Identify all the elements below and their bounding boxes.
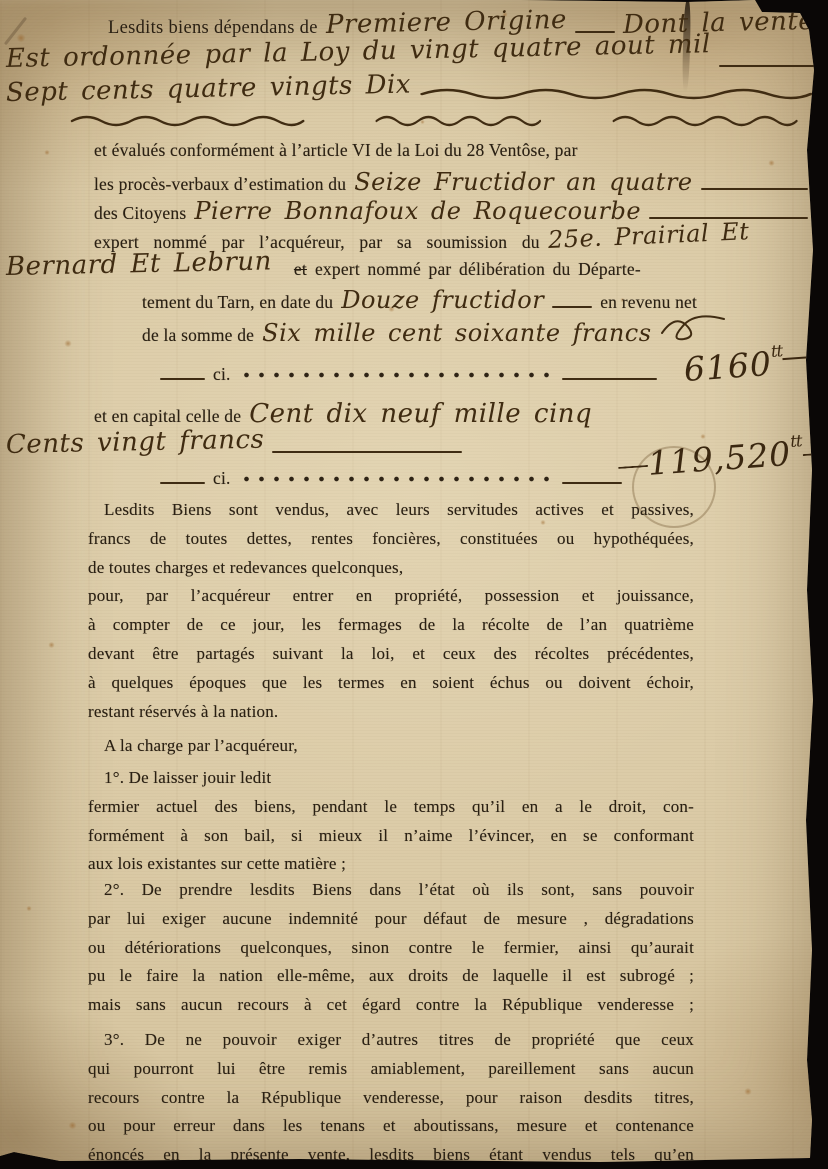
handwritten-sum: Six mille cent soixante francs	[262, 319, 651, 347]
printed-line: ou pour erreur dans les tenans et abouti…	[88, 1112, 694, 1141]
printed-line: par lui exiger aucune indemnité pour déf…	[88, 905, 694, 934]
valuation-line-7: de la somme de Six mille cent soixante f…	[142, 315, 730, 347]
conditions-paragraph: Lesdits Biens sont vendus, avec leurs se…	[88, 496, 694, 726]
paper: Lesdits biens dépendans de Premiere Orig…	[0, 0, 828, 1169]
pen-stroke	[160, 378, 205, 380]
valuation-line-1: et évalués conformément à l’article VI d…	[94, 140, 578, 161]
paper-stain	[48, 642, 55, 648]
pen-stroke	[802, 452, 828, 456]
printed-line: aux lois existantes sur cette matière ;	[88, 850, 694, 879]
handwritten-date: Douze fructidor	[341, 286, 544, 314]
pen-stroke	[701, 188, 808, 190]
printed-line: qui pourront lui être remis amiablement,…	[88, 1055, 694, 1084]
pen-stroke	[272, 451, 462, 453]
paper-stain	[26, 906, 32, 911]
pen-stroke	[562, 482, 622, 484]
printed-line: recours contre la République venderesse,…	[88, 1084, 694, 1113]
printed-text: et en capital celle de	[94, 406, 241, 427]
header-line-3: Sept cents quatre vingts Dix	[6, 78, 814, 108]
printed-text: de la somme de	[142, 325, 254, 346]
capital-value: 119,520	[647, 434, 793, 483]
paper-stain	[68, 1122, 77, 1129]
printed-line: de toutes charges et redevances quelconq…	[88, 554, 694, 583]
paper-stain	[64, 340, 72, 347]
handwritten-year-line: Sept cents quatre vingts Dix	[6, 70, 412, 108]
ci-row-revenue: ci.	[160, 364, 657, 385]
revenue-value: 6160	[683, 344, 773, 389]
printed-line: devant être partagés suivant la loi, et …	[88, 640, 694, 669]
pen-stroke	[562, 378, 657, 380]
paper-stain	[744, 1088, 752, 1095]
printed-line: Lesdits Biens sont vendus, avec leurs se…	[88, 496, 694, 525]
flourish-squiggle	[612, 112, 798, 128]
dotted-leader	[239, 474, 554, 484]
handwritten-expert-name: Bernard Et Lebrun	[6, 246, 272, 282]
struck-word: et	[294, 259, 307, 280]
printed-line: 2°. De prendre lesdits Biens dans l’état…	[88, 876, 694, 905]
printed-line: mais sans aucun recours à cet égard cont…	[88, 991, 694, 1020]
pen-stroke	[783, 354, 828, 360]
valuation-line-6: tement du Tarn, en date du Douze fructid…	[142, 286, 697, 314]
clause-3: 3°. De ne pouvoir exiger d’autres titres…	[88, 1026, 694, 1169]
printed-line: énoncés en la présente vente, lesdits bi…	[88, 1141, 694, 1169]
printed-text: des Citoyens	[94, 203, 186, 224]
printed-text: expert nommé par délibération du Départe…	[315, 259, 641, 280]
handwritten-capital: Cent dix neuf mille cinq	[249, 399, 592, 429]
printed-line: restant réservés à la nation.	[88, 698, 694, 727]
dotted-leader	[239, 370, 554, 380]
paper-stain	[700, 434, 706, 439]
pen-stroke	[618, 465, 648, 469]
printed-line: 3°. De ne pouvoir exiger d’autres titres…	[88, 1026, 694, 1055]
printed-line: à compter de ce jour, les fermages de la…	[88, 611, 694, 640]
flourish-squiggle	[375, 112, 542, 128]
paper-stain	[44, 150, 50, 155]
scanned-document-page: Lesdits biens dépendans de Premiere Orig…	[0, 0, 828, 1169]
pen-stroke	[160, 482, 205, 484]
printed-line: ou détériorations quelconques, sinon con…	[88, 934, 694, 963]
printed-line: A la charge par l’acquéreur,	[88, 732, 694, 761]
ci-label: ci.	[213, 468, 231, 489]
flourish-curl	[660, 315, 730, 341]
capital-unit: tt	[790, 431, 803, 451]
flourish-squiggle	[419, 85, 814, 101]
pen-stroke	[552, 306, 592, 308]
printed-line: à quelques époques que les termes en soi…	[88, 669, 694, 698]
handwritten-date: Seize Fructidor an quatre	[354, 168, 692, 196]
printed-text: tement du Tarn, en date du	[142, 292, 333, 313]
flourish-row	[70, 112, 798, 128]
printed-line: pour, par l’acquéreur entrer en propriét…	[88, 582, 694, 611]
printed-line: 1°. De laisser jouir ledit	[88, 764, 694, 793]
ci-row-capital: ci.	[160, 468, 622, 489]
printed-text: les procès-verbaux d’estimation du	[94, 174, 346, 195]
valuation-line-5: Bernard Et Lebrun et expert nommé par dé…	[6, 252, 641, 282]
printed-line: pu le faire la nation elle-même, aux dro…	[88, 962, 694, 991]
handwritten-expert-name: Pierre Bonnafoux de Roquecourbe	[194, 197, 641, 225]
capital-line-1: et en capital celle de Cent dix neuf mil…	[94, 398, 592, 429]
clause-2: 2°. De prendre lesdits Biens dans l’état…	[88, 876, 694, 1020]
paper-stain	[16, 34, 26, 42]
printed-intro: Lesdits biens dépendans de	[108, 18, 318, 39]
printed-line: francs de toutes dettes, rentes foncière…	[88, 525, 694, 554]
printed-line: formément à son bail, si mieux il n’aime…	[88, 822, 694, 851]
charge-heading: A la charge par l’acquéreur,	[88, 732, 694, 761]
ci-label: ci.	[213, 364, 231, 385]
revenue-unit: tt	[770, 341, 783, 361]
pen-stroke	[719, 65, 814, 67]
printed-line: fermier actuel des biens, pendant le tem…	[88, 793, 694, 822]
clause-1: 1°. De laisser jouir ledit fermier actue…	[88, 764, 694, 879]
handwritten-capital: Cents vingt francs	[6, 425, 265, 460]
capital-amount: 119,520tt	[617, 431, 828, 485]
capital-line-2: Cents vingt francs	[6, 430, 462, 460]
valuation-line-2: les procès-verbaux d’estimation du Seize…	[94, 166, 808, 196]
printed-text: en revenu net	[600, 292, 697, 313]
flourish-squiggle	[70, 112, 305, 128]
